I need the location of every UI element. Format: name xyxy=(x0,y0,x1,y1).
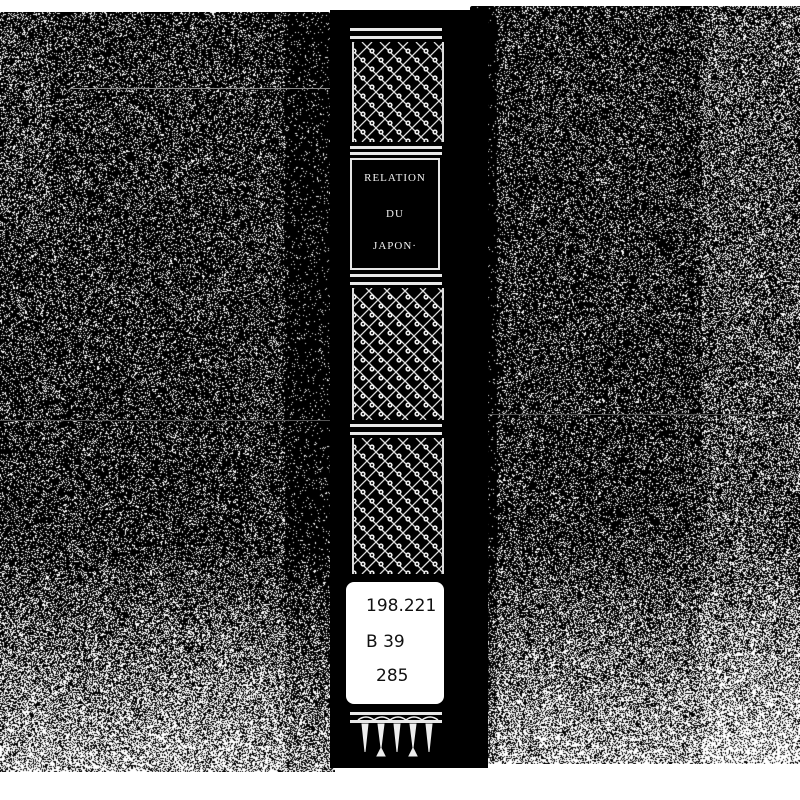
spine-band xyxy=(350,152,442,155)
board-fold-line xyxy=(0,420,330,421)
spine-shadow xyxy=(440,10,488,768)
board-texture xyxy=(0,12,335,772)
board-fold-line xyxy=(70,88,330,89)
board-fold-line xyxy=(485,414,800,415)
spine-band xyxy=(350,28,442,31)
spine-compartment-1 xyxy=(352,42,444,142)
title-line-3: JAPON· xyxy=(352,240,438,252)
book-scan: RELATION DU JAPON· 198.221 B 39 285 xyxy=(0,0,800,800)
shelfmark-label: 198.221 B 39 285 xyxy=(346,582,444,704)
spine-band xyxy=(350,36,442,39)
title-line-1: RELATION xyxy=(352,172,438,184)
spine-band xyxy=(350,432,442,435)
title-line-2: DU xyxy=(352,208,438,220)
back-board xyxy=(470,6,800,764)
shelfmark-line-1: 198.221 xyxy=(366,596,436,616)
shelfmark-line-2: B 39 xyxy=(366,632,405,652)
spine-compartment-3 xyxy=(352,438,444,574)
spine-band xyxy=(350,282,442,285)
board-texture xyxy=(470,6,800,764)
spine-compartment-2 xyxy=(352,288,444,420)
spine-band xyxy=(350,424,442,427)
spine-title-label: RELATION DU JAPON· xyxy=(350,158,440,270)
spine-band xyxy=(350,274,442,277)
shelfmark-line-3: 285 xyxy=(376,666,408,686)
spine-band xyxy=(350,146,442,149)
front-board xyxy=(0,12,335,772)
tail-ornament-icon xyxy=(352,712,440,768)
